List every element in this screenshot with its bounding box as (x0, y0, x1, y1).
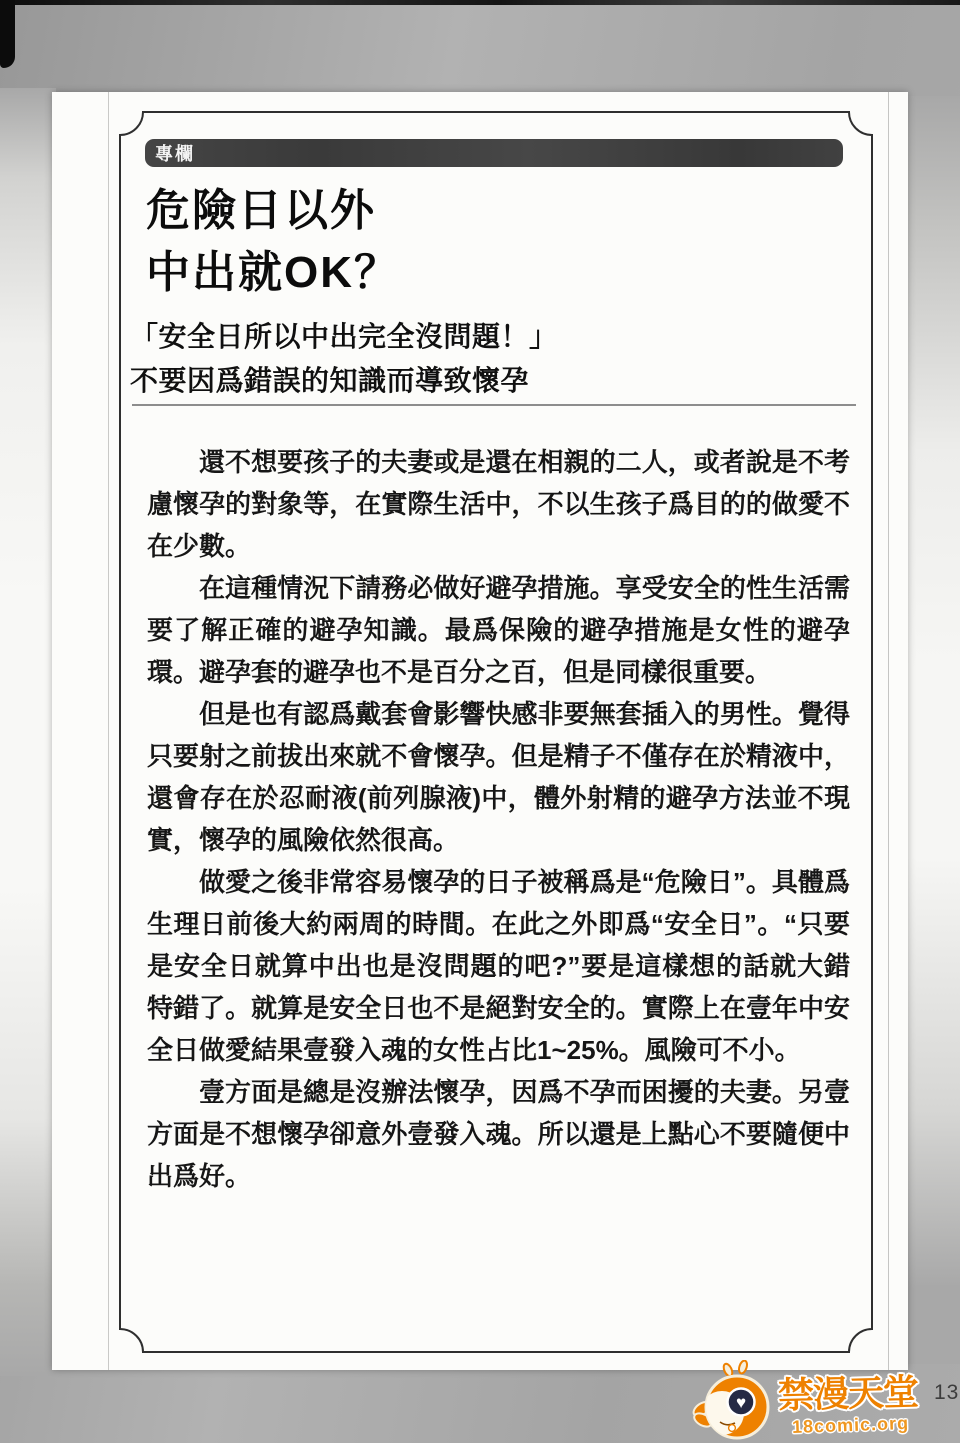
paragraph: 還不想要孩子的夫妻或是還在相親的二人，或者說是不考慮懷孕的對象等，在實際生活中，… (147, 441, 850, 567)
heart-icon: ♥ (736, 1393, 746, 1412)
article-subtitle-line1: 「安全日所以中出完全沒問題！」 (130, 315, 770, 359)
column-badge: 專欄 (145, 139, 843, 167)
article-subtitle: 「安全日所以中出完全沒問題！」 不要因爲錯誤的知識而導致懷孕 (130, 315, 770, 403)
paragraph: 壹方面是總是沒辦法懷孕，因爲不孕而困擾的夫妻。另壹方面是不想懷孕卻意外壹發入魂。… (147, 1071, 850, 1197)
article-title-line1: 危險日以外 (146, 180, 746, 242)
paragraph: 在這種情況下請務必做好避孕措施。享受安全的性生活需要了解正確的避孕知識。最爲保險… (147, 567, 850, 693)
article-title-line2: 中出就OK？ (146, 242, 746, 304)
tooth-icon (729, 1425, 736, 1432)
watermark-site-name: 禁漫天堂 (778, 1374, 919, 1414)
site-watermark: ♥ 禁漫天堂 18comic.org (692, 1360, 960, 1443)
watermark-site-url: 18comic.org (792, 1414, 910, 1436)
column-badge-label: 專欄 (145, 140, 195, 166)
article-body: 還不想要孩子的夫妻或是還在相親的二人，或者說是不考慮懷孕的對象等，在實際生活中，… (147, 441, 850, 1197)
sprout-icon (738, 1360, 749, 1374)
paragraph: 但是也有認爲戴套會影響快感非要無套插入的男性。覺得只要射之前拔出來就不會懷孕。但… (147, 693, 850, 861)
article-title: 危險日以外 中出就OK？ (146, 180, 746, 304)
scanned-book-page: 專欄 危險日以外 中出就OK？ 「安全日所以中出完全沒問題！」 不要因爲錯誤的知… (0, 0, 960, 1443)
whale-heart-mascot-icon: ♥ (692, 1360, 780, 1443)
paragraph: 做愛之後非常容易懷孕的日子被稱爲是“危險日”。具體爲生理日前後大約兩周的時間。在… (147, 861, 850, 1071)
divider-rule (132, 404, 856, 406)
page-number: 13 (934, 1381, 959, 1405)
article-subtitle-line2: 不要因爲錯誤的知識而導致懷孕 (130, 359, 770, 403)
